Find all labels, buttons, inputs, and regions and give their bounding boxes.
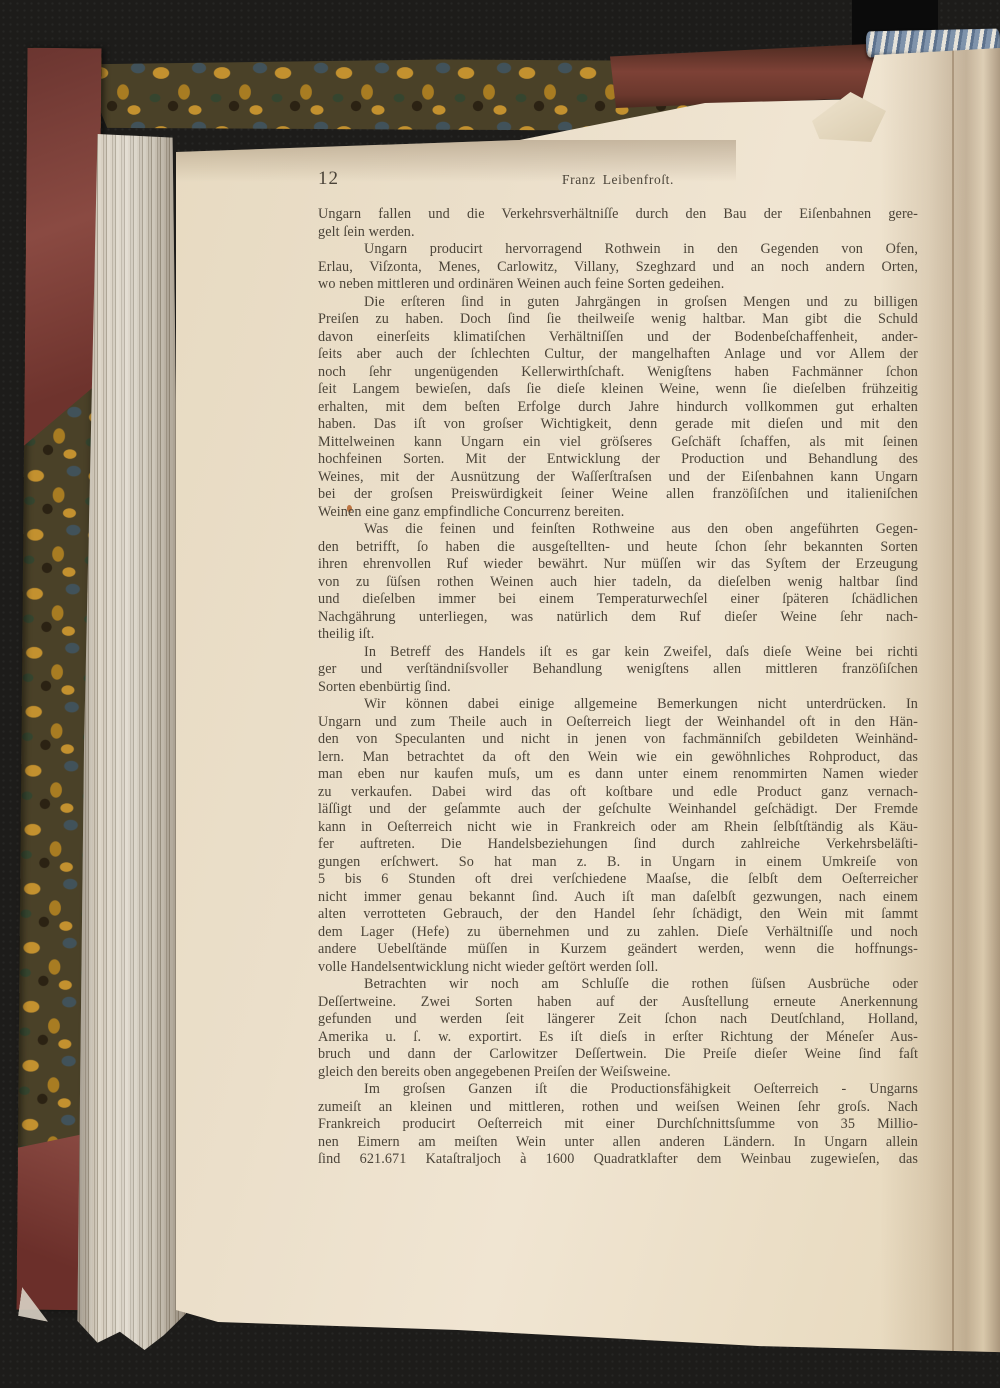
- text-line: hochfeinen Sorten. Mit der Entwicklung d…: [318, 451, 918, 469]
- text-line: Die erſteren ſind in guten Jahrgängen in…: [318, 294, 918, 312]
- text-line: volle Handelsentwicklung nicht wieder ge…: [318, 959, 918, 977]
- page-number: 12: [318, 168, 339, 190]
- running-header: Franz Leibenfroſt.: [318, 168, 918, 188]
- text-line: zumeiſt an kleinen und mittleren, rothen…: [318, 1099, 918, 1117]
- text-line: den von Speculanten und nicht in jenen v…: [318, 731, 918, 749]
- text-line: dem Lager (Hefe) zu übernehmen und zu za…: [318, 924, 918, 942]
- text-line: theilig iſt.: [318, 626, 918, 644]
- text-line: kann in Oeſterreich nicht wie in Frankre…: [318, 819, 918, 837]
- body-text: Ungarn fallen und die Verkehrsverhältniſ…: [318, 206, 918, 1169]
- text-line: Was die feinen und feinſten Rothweine au…: [318, 521, 918, 539]
- text-line: Sorten ebenbürtig ſind.: [318, 679, 918, 697]
- text-line: gungen erſchwert. So hat man z. B. in Un…: [318, 854, 918, 872]
- text-line: den betrifft, ſo haben die ausgeſtellten…: [318, 539, 918, 557]
- text-line: ſeit Langem bewieſen, daſs ſie dieſe kle…: [318, 381, 918, 399]
- text-line: ger und verſtändniſsvoller Behandlung we…: [318, 661, 918, 679]
- text-line: lern. Man betrachtet da oft den Wein wie…: [318, 749, 918, 767]
- text-line: Ungarn und zum Theile auch in Oeſterreic…: [318, 714, 918, 732]
- book-page: 12 Franz Leibenfroſt. Ungarn fallen und …: [176, 45, 1000, 1360]
- text-line: Preiſen zu haben. Doch ſind ſie theilwei…: [318, 311, 918, 329]
- text-line: noch ſehr ungenügenden Kellerwirthſchaft…: [318, 364, 918, 382]
- text-line: Betrachten wir noch am Schluſſe die roth…: [318, 976, 918, 994]
- text-line: Ungarn producirt hervorragend Rothwein i…: [318, 241, 918, 259]
- text-line: gleich den bereits oben angegebenen Prei…: [318, 1064, 918, 1082]
- book-photograph: 12 Franz Leibenfroſt. Ungarn fallen und …: [0, 0, 1000, 1388]
- text-line: Amerika u. ſ. w. exportirt. Es iſt dieſs…: [318, 1029, 918, 1047]
- text-line: Erlau, Viſzonta, Menes, Carlowitz, Villa…: [318, 259, 918, 277]
- text-line: andere Uebelſtände müſſen in Kurzem geän…: [318, 941, 918, 959]
- text-line: erhalten, mit dem beſten Erfolge durch J…: [318, 399, 918, 417]
- text-line: ſind 621.671 Kataſtraljoch à 1600 Quadra…: [318, 1151, 918, 1169]
- text-line: fer auftreten. Die Handelsbeziehungen ſi…: [318, 836, 918, 854]
- text-line: In Betreff des Handels iſt es gar kein Z…: [318, 644, 918, 662]
- text-line: alten verrotteten Gebrauch, der den Hand…: [318, 906, 918, 924]
- text-line: läſſigt und der geſammte auch der geſchu…: [318, 801, 918, 819]
- text-line: davon einerſeits klimatiſchen Verhältniſ…: [318, 329, 918, 347]
- text-line: Wir können dabei einige allgemeine Bemer…: [318, 696, 918, 714]
- text-line: und dieſelben immer bei einem Temperatur…: [318, 591, 918, 609]
- text-line: ihren ehrenvollen Ruf wieder bewährt. Nu…: [318, 556, 918, 574]
- text-line: wo neben mittleren und ordinären Weinen …: [318, 276, 918, 294]
- text-line: nen Eimern am meiſten Wein unter allen a…: [318, 1134, 918, 1152]
- text-line: Deſſertweine. Zwei Sorten haben auf der …: [318, 994, 918, 1012]
- text-line: man eben nur kaufen muſs, um es dann unt…: [318, 766, 918, 784]
- text-line: von zu ſüſsen rothen Weinen auch hier ta…: [318, 574, 918, 592]
- text-line: Weines, mit der Ausnützung der Waſſerſtr…: [318, 469, 918, 487]
- text-line: gefunden und werden ſeit längerer Zeit ſ…: [318, 1011, 918, 1029]
- text-line: bei der groſsen Preiswürdigkeit ſeiner W…: [318, 486, 918, 504]
- text-line: haben. Das iſt von groſser Wichtigkeit, …: [318, 416, 918, 434]
- page-header: 12 Franz Leibenfroſt.: [318, 168, 918, 194]
- text-line: 5 bis 6 Stunden oft drei verſchiedene Ma…: [318, 871, 918, 889]
- text-line: gelt ſein werden.: [318, 224, 918, 242]
- text-line: Nachgährung unterliegen, was natürlich d…: [318, 609, 918, 627]
- text-line: bruch und dann der Carlowitzer Deſſertwe…: [318, 1046, 918, 1064]
- text-line: nicht immer genau bekannt ſind. Auch iſt…: [318, 889, 918, 907]
- text-line: Frankreich producirt Oeſterreich mit ein…: [318, 1116, 918, 1134]
- leather-corner-top-left: [24, 48, 101, 447]
- text-line: zu verkaufen. Dabei wird das oft koſtbar…: [318, 784, 918, 802]
- text-line: ſeits aber auch der ſchlechten Cultur, d…: [318, 346, 918, 364]
- text-line: Weinen eine ganz empfindliche Concurrenz…: [318, 504, 918, 522]
- text-line: Im groſsen Ganzen iſt die Productionsfäh…: [318, 1081, 918, 1099]
- text-line: Ungarn fallen und die Verkehrsverhältniſ…: [318, 206, 918, 224]
- text-line: Mittelweinen kann Ungarn ein viel gröſse…: [318, 434, 918, 452]
